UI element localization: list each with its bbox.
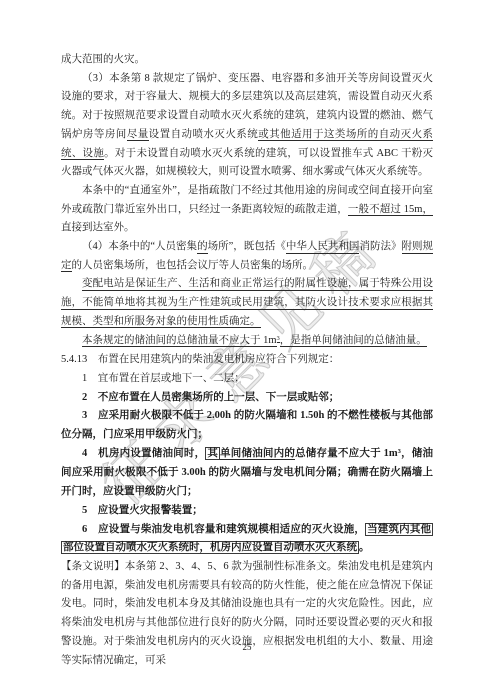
paragraph-clause-commentary: 【条文说明】本条第 2、3、4、5、6 款为强制性标准条文。柴油发电机是建筑内的…	[61, 558, 433, 670]
text-run: 设置自动喷水灭火系统	[149, 129, 259, 140]
clause-item-5: 5 应设置火灾报警装置；	[61, 502, 433, 521]
text-run: 一般不超过 15m，	[348, 204, 433, 217]
text-run: ，是指单间储油间的总储油量。	[280, 335, 427, 348]
clause-item-1: 1 宜布置在首层或地下一、二层；	[61, 370, 433, 389]
clause-5-4-13-heading: 5.4.13 布置在民用建筑内的柴油发电机房应符合下列规定：	[61, 351, 433, 370]
page-number: 25	[0, 642, 494, 652]
text-run: 成大范围的火灾。	[61, 54, 145, 65]
text-run: 其	[205, 447, 220, 460]
text-run: 尽量	[127, 129, 149, 142]
text-run: 消防法》	[359, 241, 401, 252]
text-run: 。	[359, 542, 370, 553]
text-run: 1 宜布置在首层或地下一、二层；	[82, 373, 245, 384]
clause-item-3: 3 应采用耐火极限不低于 2.00h 的防火隔墙和 1.50h 的不燃性楼板与其…	[61, 407, 433, 444]
text-run: 场所”，既包括《	[208, 241, 286, 252]
text-run: 6 应设置与柴油发电机容量和建筑规模相适应的灭火设施，	[82, 524, 365, 535]
text-run: 3 应采用耐火极限不低于 2.00h 的防火隔墙和 1.50h 的不燃性楼板与其…	[61, 410, 433, 440]
text-run: 5 应设置火灾报警装置；	[82, 505, 203, 516]
text-run: 3	[398, 448, 401, 455]
text-run: 直接到达室外。	[61, 222, 135, 233]
paragraph-item-3-explanation: （3）本条第 8 款规定了锅炉、变压器、电容器和多油开关等房间设置灭火设施的要求…	[61, 70, 433, 182]
text-run: 2 不应布置在人员密集场所的上一层、下一层或贴邻；	[82, 392, 339, 403]
document-page: 征求意见稿 成大范围的火灾。（3）本条第 8 款规定了锅炉、变压器、电容器和多油…	[0, 0, 494, 700]
clause-item-6: 6 应设置与柴油发电机容量和建筑规模相适应的灭火设施，当建筑内其他部位设置自动喷…	[61, 521, 433, 558]
paragraph-continuation-fire-spread: 成大范围的火灾。	[61, 51, 433, 70]
text-run: 本条规定的储油间的总储油量不应大于 1m	[82, 335, 277, 348]
text-run: 的人员密集场所，也包括会议厅等人员密集的场所。	[72, 260, 314, 271]
paragraph-substation-underlined: 变配电站是保证生产、生活和商业正常运行的附属性设施，属于特殊公用设施，不能简单地…	[61, 275, 433, 331]
clause-item-2: 2 不应布置在人员密集场所的上一层、下一层或贴邻；	[61, 389, 433, 408]
text-run: 单间储油间内的	[220, 448, 295, 461]
paragraph-item-4-crowded-places: （4）本条中的“人员密集的场所”，既包括《中华人民共和国消防法》附则规定的人员密…	[61, 238, 433, 275]
text-run: 3	[277, 335, 280, 344]
text-run: 中华人民共和国	[286, 241, 360, 254]
text-run: 总储存量不应大于 1m	[295, 448, 398, 459]
text-run: （4）本条中的“人员密集	[82, 241, 197, 252]
paragraph-oil-storage-underlined: 本条规定的储油间的总储油量不应大于 1m3，是指单间储油间的总储油量。	[61, 332, 433, 352]
text-run: 变配电站是保证生产、生活和商业正常运行的附属性设施，属于特殊公用设施，不能简单地…	[61, 278, 433, 328]
text-run: 的	[197, 241, 208, 254]
document-body: 成大范围的火灾。（3）本条第 8 款规定了锅炉、变压器、电容器和多油开关等房间设…	[61, 51, 433, 670]
paragraph-direct-to-outside: 本条中的“直通室外”，是指疏散门不经过其他用途的房间或空间直接开向室外或疏散门靠…	[61, 182, 433, 238]
text-run: 4 机房内设置储油间时，	[82, 448, 205, 459]
clause-item-4: 4 机房内设置储油间时，其单间储油间内的总储存量不应大于 1m3，储油间应采用耐…	[61, 445, 433, 502]
text-run: 5.4.13 布置在民用建筑内的柴油发电机房应符合下列规定：	[61, 354, 339, 365]
text-run: 。对于未设置自动喷水灭火系统的建筑，可以设置推车式 ABC 干粉灭火器或气体灭火…	[61, 148, 433, 178]
